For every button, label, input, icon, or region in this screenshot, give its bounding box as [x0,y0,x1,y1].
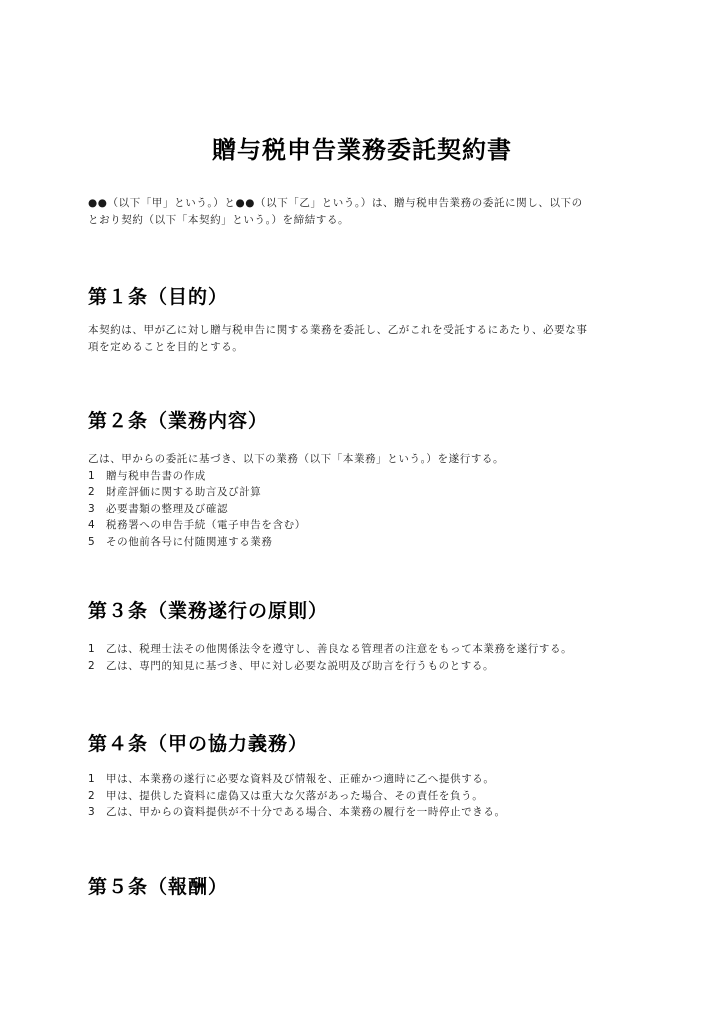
list-item: 2 乙は、専門的知見に基づき、甲に対し必要な説明及び助言を行うものとする。 [88,658,648,675]
list-item: 1 贈与税申告書の作成 [88,468,648,485]
preamble: ●●（以下「甲」という。）と●●（以下「乙」という。）は、贈与税申告業務の委託に… [88,195,648,228]
list-item: 1 甲は、本業務の遂行に必要な資料及び情報を、正確かつ適時に乙へ提供する。 [88,771,648,788]
item-text: 乙は、甲からの資料提供が不十分である場合、本業務の履行を一時停止できる。 [106,804,506,821]
article-2-body: 乙は、甲からの委託に基づき、以下の業務（以下「本業務」という。）を遂行する。 1… [88,451,648,550]
document-page: 贈与税申告業務委託契約書 ●●（以下「甲」という。）と●●（以下「乙」という。）… [0,0,724,1024]
article-1-body-line: 項を定めることを目的とする。 [88,339,648,356]
item-text: 贈与税申告書の作成 [106,468,206,485]
item-number: 5 [88,534,106,551]
list-item: 1 乙は、税理士法その他関係法令を遵守し、善良なる管理者の注意をもって本業務を遂… [88,641,648,658]
article-5-heading: 第５条（報酬） [88,874,228,900]
item-text: その他前各号に付随関連する業務 [106,534,273,551]
item-number: 1 [88,771,106,788]
item-number: 1 [88,468,106,485]
article-3-body: 1 乙は、税理士法その他関係法令を遵守し、善良なる管理者の注意をもって本業務を遂… [88,641,648,674]
list-item: 2 甲は、提供した資料に虚偽又は重大な欠落があった場合、その責任を負う。 [88,788,648,805]
item-text: 乙は、税理士法その他関係法令を遵守し、善良なる管理者の注意をもって本業務を遂行す… [106,641,572,658]
item-number: 2 [88,788,106,805]
list-item: 4 税務署への申告手続（電子申告を含む） [88,517,648,534]
article-1-body-line: 本契約は、甲が乙に対し贈与税申告に関する業務を委託し、乙がこれを受託するにあたり… [88,322,648,339]
item-number: 3 [88,501,106,518]
article-2-item-list: 1 贈与税申告書の作成 2 財産評価に関する助言及び計算 3 必要書類の整理及び… [88,468,648,551]
preamble-line: とおり契約（以下「本契約」という。）を締結する。 [88,212,648,229]
article-3-heading: 第３条（業務遂行の原則） [88,598,328,624]
article-4-item-list: 1 甲は、本業務の遂行に必要な資料及び情報を、正確かつ適時に乙へ提供する。 2 … [88,771,648,821]
article-1-heading: 第１条（目的） [88,284,228,310]
article-2-body-line: 乙は、甲からの委託に基づき、以下の業務（以下「本業務」という。）を遂行する。 [88,451,648,468]
item-text: 甲は、本業務の遂行に必要な資料及び情報を、正確かつ適時に乙へ提供する。 [106,771,495,788]
item-text: 甲は、提供した資料に虚偽又は重大な欠落があった場合、その責任を負う。 [106,788,483,805]
article-4-heading: 第４条（甲の協力義務） [88,731,308,757]
article-3-item-list: 1 乙は、税理士法その他関係法令を遵守し、善良なる管理者の注意をもって本業務を遂… [88,641,648,674]
item-text: 必要書類の整理及び確認 [106,501,228,518]
item-text: 乙は、専門的知見に基づき、甲に対し必要な説明及び助言を行うものとする。 [106,658,494,675]
list-item: 3 乙は、甲からの資料提供が不十分である場合、本業務の履行を一時停止できる。 [88,804,648,821]
article-4-body: 1 甲は、本業務の遂行に必要な資料及び情報を、正確かつ適時に乙へ提供する。 2 … [88,771,648,821]
item-number: 3 [88,804,106,821]
item-number: 2 [88,658,106,675]
list-item: 5 その他前各号に付随関連する業務 [88,534,648,551]
preamble-line: ●●（以下「甲」という。）と●●（以下「乙」という。）は、贈与税申告業務の委託に… [88,195,648,212]
document-title: 贈与税申告業務委託契約書 [0,134,724,166]
article-2-heading: 第２条（業務内容） [88,408,268,434]
list-item: 3 必要書類の整理及び確認 [88,501,648,518]
item-text: 税務署への申告手続（電子申告を含む） [106,517,306,534]
item-number: 2 [88,484,106,501]
item-number: 1 [88,641,106,658]
item-number: 4 [88,517,106,534]
item-text: 財産評価に関する助言及び計算 [106,484,261,501]
list-item: 2 財産評価に関する助言及び計算 [88,484,648,501]
article-1-body: 本契約は、甲が乙に対し贈与税申告に関する業務を委託し、乙がこれを受託するにあたり… [88,322,648,355]
